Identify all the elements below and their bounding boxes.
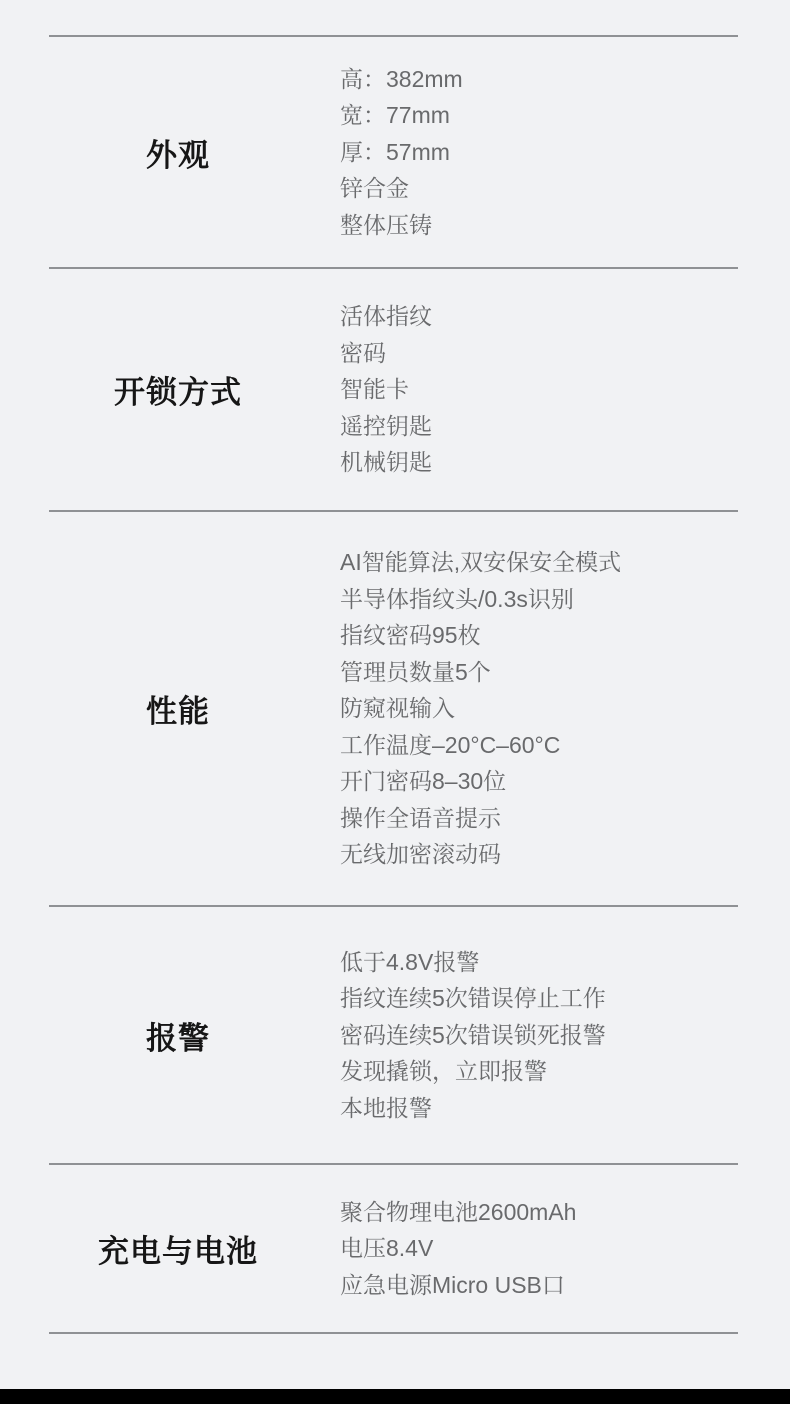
spec-item: 发现撬锁，立即报警 <box>340 1053 738 1090</box>
spec-item: 聚合物理电池2600mAh <box>340 1194 738 1231</box>
spec-item: 应急电源Micro USB口 <box>340 1267 738 1304</box>
spec-row: 充电与电池聚合物理电池2600mAh电压8.4V应急电源Micro USB口 <box>49 1165 738 1332</box>
spec-item: 指纹连续5次错误停止工作 <box>340 980 738 1017</box>
spec-item: 电压8.4V <box>340 1230 738 1267</box>
product-spec-page: 外观高：382mm宽：77mm厚：57mm锌合金整体压铸开锁方式活体指纹密码智能… <box>0 0 790 1404</box>
spec-item: 工作温度–20°C–60°C <box>340 727 738 764</box>
spec-row-title: 报警 <box>49 1013 307 1058</box>
section-separator <box>49 1332 738 1334</box>
spec-item: 开门密码8–30位 <box>340 763 738 800</box>
spec-item: AI智能算法,双安保安全模式 <box>340 544 738 581</box>
spec-row-title: 开锁方式 <box>49 367 307 412</box>
spec-item: 宽：77mm <box>340 97 738 134</box>
spec-item: 半导体指纹头/0.3s识别 <box>340 581 738 618</box>
spec-row-values: 高：382mm宽：77mm厚：57mm锌合金整体压铸 <box>340 61 738 244</box>
spec-table: 外观高：382mm宽：77mm厚：57mm锌合金整体压铸开锁方式活体指纹密码智能… <box>49 0 738 1334</box>
spec-row-values: 活体指纹密码智能卡遥控钥匙机械钥匙 <box>340 298 738 481</box>
spec-item: 机械钥匙 <box>340 444 738 481</box>
spec-item: 厚：57mm <box>340 134 738 171</box>
spec-item: 指纹密码95枚 <box>340 617 738 654</box>
spec-item: 遥控钥匙 <box>340 408 738 445</box>
spec-row: 报警低于4.8V报警指纹连续5次错误停止工作密码连续5次错误锁死报警发现撬锁，立… <box>49 907 738 1163</box>
spec-row-title: 外观 <box>49 130 307 175</box>
spec-row-values: 聚合物理电池2600mAh电压8.4V应急电源Micro USB口 <box>340 1194 738 1304</box>
spec-item: 低于4.8V报警 <box>340 944 738 981</box>
spec-item: 整体压铸 <box>340 207 738 244</box>
spec-item: 智能卡 <box>340 371 738 408</box>
spec-item: 高：382mm <box>340 61 738 98</box>
spec-item: 操作全语音提示 <box>340 800 738 837</box>
spec-item: 活体指纹 <box>340 298 738 335</box>
spec-item: 密码 <box>340 335 738 372</box>
spec-item: 管理员数量5个 <box>340 654 738 691</box>
spec-row-values: 低于4.8V报警指纹连续5次错误停止工作密码连续5次错误锁死报警发现撬锁，立即报… <box>340 944 738 1127</box>
spec-item: 无线加密滚动码 <box>340 836 738 873</box>
spec-row-title: 充电与电池 <box>49 1226 307 1271</box>
bottom-bar <box>0 1389 790 1404</box>
spec-row: 性能AI智能算法,双安保安全模式半导体指纹头/0.3s识别指纹密码95枚管理员数… <box>49 512 738 905</box>
spec-item: 本地报警 <box>340 1090 738 1127</box>
spec-row: 开锁方式活体指纹密码智能卡遥控钥匙机械钥匙 <box>49 269 738 510</box>
spec-row-values: AI智能算法,双安保安全模式半导体指纹头/0.3s识别指纹密码95枚管理员数量5… <box>340 544 738 873</box>
spec-row-title: 性能 <box>49 686 307 731</box>
spec-row: 外观高：382mm宽：77mm厚：57mm锌合金整体压铸 <box>49 37 738 267</box>
spec-item: 密码连续5次错误锁死报警 <box>340 1017 738 1054</box>
spec-item: 锌合金 <box>340 170 738 207</box>
spec-item: 防窥视输入 <box>340 690 738 727</box>
